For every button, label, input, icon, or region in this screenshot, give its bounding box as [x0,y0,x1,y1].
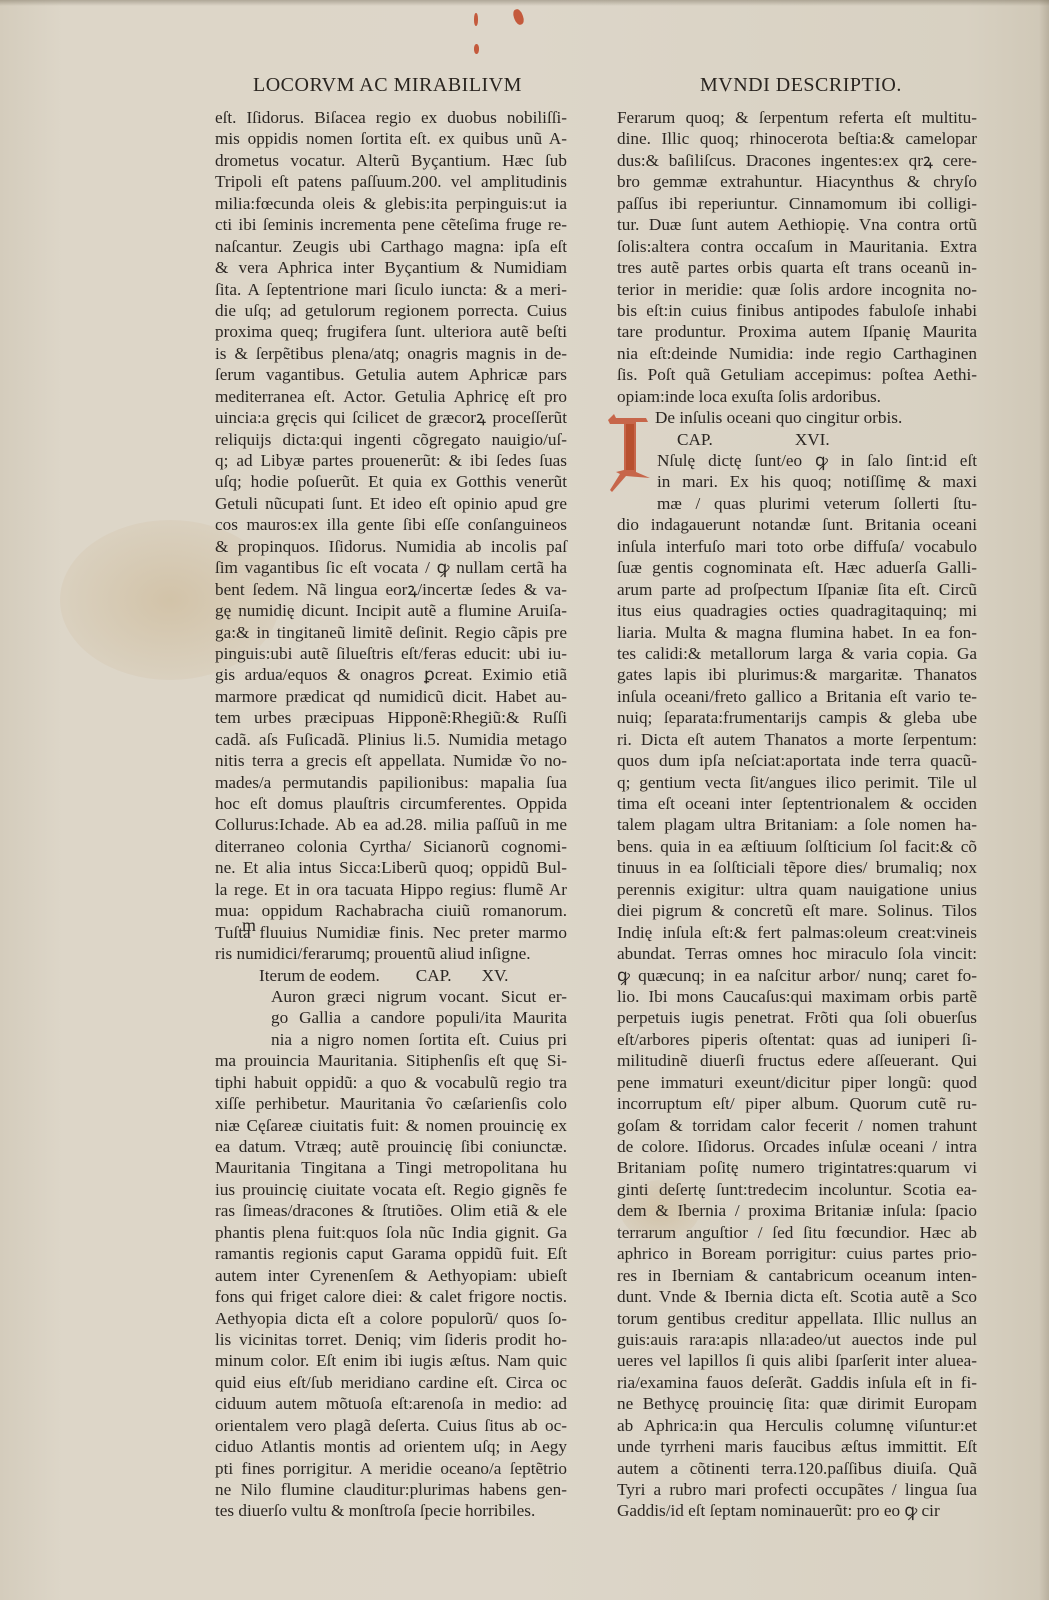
text-line: tres autẽ partes orbis quarta eſt trans … [617,257,977,278]
text-line: itus eius quadragies octies quadragitaqu… [617,600,977,621]
text-line: ri. Dicta eſt autem Thanatos a morte ſer… [617,729,977,750]
text-line: go Gallia a candore populi/ita Maurita [215,1007,567,1028]
text-line: orientalem vero plagã deſerta. Cuius ſit… [215,1415,567,1436]
text-line: ſis. Poſt quã Getuliam accepimus: poſtea… [617,364,977,385]
text-line: pinguis:ubi autẽ ſilueſtris eſt/feras ed… [215,643,567,664]
text-line: pene immaturi exeunt/dicitur piper longũ… [617,1072,977,1093]
running-head-right: MVNDI DESCRIPTIO. [700,74,902,97]
text-line: bens. quia in ea æſtiuum ſolſticium ſol … [617,836,977,857]
text-line: perennis exigitur: ultra quam nauigation… [617,879,977,900]
text-line: uſq; hodie poſuerũt. Et quia ex Gotthis … [215,471,567,492]
chapter-heading: Iterum de eodem.CAP.XV. [215,965,567,986]
text-line: die uſq; ad getulorum regionem porrecta.… [215,300,567,321]
text-line: liaria. Multa & magna flumina habet. In … [617,622,977,643]
text-line: eſt. Iſidorus. Biſacea regio ex duobus n… [215,107,567,128]
text-line: ab Aphrica:in qua Herculis columnę viſun… [617,1415,977,1436]
chapter-title: De inſulis oceani quo cingitur orbis. [655,408,902,427]
text-line: tes calidi:& metallorum larga & varia co… [617,643,977,664]
text-line: bro gemmæ extrahuntur. Hiacynthus & chry… [617,171,977,192]
text-line: Nſulę dictę ſunt/eo ꝙ in ſalo ſint:id eſ… [617,450,977,471]
text-line: arum parte ad proſpectum Iſpaniæ ſita eſ… [617,579,977,600]
text-line: ſuæ gentis cognominata eſt. Hæc aduerſa … [617,557,977,578]
text-line: mis oppidis nomen ſortita eſt. ex quibus… [215,128,567,149]
text-line: ria/examina fauos deſerãt. Gaddis inſula… [617,1372,977,1393]
text-line: drometus vocatur. Alterũ Byçantium. Hæc … [215,150,567,171]
text-line: tiphi habuit oppidũ: a quo & vocabulũ re… [215,1072,567,1093]
text-line: phantis plena fuit:quos ſola nũc India g… [215,1222,567,1243]
text-line: dem & Ibernia / proxima Britaniæ inſula:… [617,1200,977,1221]
text-line: paſſus ibi reperiuntur. Cinnamomum ibi c… [617,193,977,214]
page-top-edge [0,0,1049,6]
text-line: is & ſerpẽtibus plena/atq; onagris magni… [215,343,567,364]
text-line: ma prouincia Mauritania. Sitiphenſis eſt… [215,1050,567,1071]
text-line: unde tyrrheni maris faucibus æſtus immit… [617,1436,977,1457]
text-line: pti fines porrigitur. A meridie oceano/a… [215,1458,567,1479]
text-line: dine. Illic quoq; rhinocerota beſtia:& c… [617,128,977,149]
text-line: nitis terra a grecis eſt appellata. Numi… [215,750,567,771]
text-line: inſula interfuſo mari toto orbe diffuſa/… [617,536,977,557]
text-line: marmore prædicat qd numidicũ dicit. Habe… [215,686,567,707]
text-line: mediterranea eſt. Actor. Getulia Aphricę… [215,386,567,407]
text-line: Collurus:Ichade. Ab ea ad.28. milia paſſ… [215,814,567,835]
text-line: ueres vel lapillos ſi quis alibi ſparſer… [617,1350,977,1371]
page-right-edge [1039,0,1049,1600]
text-line: quos dum ipſa neſciat:aportata inde terr… [617,750,977,771]
text-line: guis:auis rara:apis nlla:adeo/ut auectos… [617,1329,977,1350]
text-line: dus:& baſiliſcus. Dracones ingentes:ex q… [617,150,977,171]
text-line: nia eſt:deinde Numidia: inde regio Carth… [617,343,977,364]
text-line: ne Nilo flumine clauditur:plurimas haben… [215,1479,567,1500]
text-line: mua: oppidum Rachabracha ciuiũ romanorum… [215,900,567,921]
text-line: incorruptum eſt/ piper album. Quorum cut… [617,1093,977,1114]
text-line: q; gentium vecta ſit/angues ilico perimi… [617,772,977,793]
text-line: naſcantur. Zeugis ubi Carthago magna: ip… [215,236,567,257]
text-line: Indię inſula eſt:& fert palmas:oleum cre… [617,922,977,943]
running-head-left: LOCORVM AC MIRABILIVM [253,74,522,97]
text-line: diei pigrum & concretũ eſt mare. Solinus… [617,900,977,921]
text-line: tes diuerſo vultu & monſtroſa ſpecie hor… [215,1500,567,1521]
text-line: mæ / quas plurimi veterum ſollerti ſtu- [617,493,977,514]
text-line: reliquijs dicta:qui ingenti cõgregato na… [215,429,567,450]
text-line: bis eſt:in cuius finibus antipodes fabul… [617,300,977,321]
text-line: dio indagauerunt notandæ ſunt. Britania … [617,514,977,535]
chapter-cap-label: CAP. [416,966,452,985]
text-line: Ferarum quoq; & ſerpentum referta eſt mu… [617,107,977,128]
text-line: ſita. A ſeptentrione mari ſiculo iuncta:… [215,279,567,300]
text-line: ris numidici/ferarumq; prouentũ aliud in… [215,943,567,964]
text-line: la rege. Et in ora tacuata Hippo regius:… [215,879,567,900]
text-line: tem urbes præcipuas Hipponẽ:Rhegiũ:& Ruſ… [215,707,567,728]
text-line: ginti deſertę ſunt:tredecim incoluntur. … [617,1179,977,1200]
chapter-title: Iterum de eodem. [259,966,380,985]
rubricated-initial-i-icon [606,412,652,496]
text-line: tare produntur. Proxima autem Iſpanię Ma… [617,321,977,342]
text-line: res in Iberniam & cantabricum oceanum in… [617,1265,977,1286]
text-line: xiſſe perhibetur. Mauritania ṽo cæſarien… [215,1093,567,1114]
text-line: ſerum vagantibus. Getulia autem Aphricæ … [215,364,567,385]
text-line: nuiq; ſeparata:frumentarijs campis & gle… [617,707,977,728]
text-line: tinuus in ea ſolſticiali tẽpore dies/ br… [617,857,977,878]
text-line: diterraneo colonia Cyrtha/ Sicianorũ cog… [215,836,567,857]
text-line: ciduum autem mõtuoſa eſt:arenoſa in medi… [215,1393,567,1414]
text-line: dunt. Vnde & Ibernia dicta eſt. Scotia a… [617,1286,977,1307]
text-line: cadã. aſs Fuſicadã. Plinius li.5. Numidi… [215,729,567,750]
text-line: lis vicinitas torret. Deniq; vim ſideris… [215,1329,567,1350]
text-line: aphrico in Boream porrigitur: cuius part… [617,1243,977,1264]
text-line: perpetuis iugis penetrat. Frõti qua ſoli… [617,1007,977,1028]
book-page: LOCORVM AC MIRABILIVM MVNDI DESCRIPTIO. … [0,0,1049,1600]
text-line: opiam:inde loca exuſta ſolis ardoribus. [617,386,977,407]
chapter-number: XV. [482,966,509,985]
red-ink-mark [512,8,526,26]
chapter-heading: De inſulis oceani quo cingitur orbis. [617,407,977,428]
red-ink-mark [474,13,478,26]
text-line: eſt/arbores piperis oſtentat: quas ad iu… [617,1029,977,1050]
text-line: Tyri a rubro mari profecti occupãtes / l… [617,1479,977,1500]
text-line: & vera Aphrica inter Byçantium & Numidia… [215,257,567,278]
red-ink-mark [474,44,479,54]
text-line: de colore. Iſidorus. Orcades inſulæ ocea… [617,1136,977,1157]
text-line: hoc eſt domus plauſtris circumferentes. … [215,793,567,814]
text-line: terrarum anguſtior / ſed ſitu fœcundior.… [617,1222,977,1243]
text-line: bent ſedem. Nã lingua eorꝝ/incertæ ſedes… [215,579,567,600]
text-line: uincia:a gręcis qui ſcilicet de græcorꝝ … [215,407,567,428]
guide-letter: m [242,915,256,936]
text-line: ea datum. Vtræq; autẽ prouincię ſibi con… [215,1136,567,1157]
text-line: Mauritania Tingitana a Tingi metropolita… [215,1157,567,1178]
text-line: ne Bethycę prouincię ſita: quæ dirimit E… [617,1393,977,1414]
text-line: Gaddis/id eſt ſeptam nominauerũt: pro eo… [617,1500,977,1521]
text-line: ras ſimeas/dracones & ſtrutiões. Olim et… [215,1200,567,1221]
chapter-cap-label: CAP. [677,430,713,449]
text-line: Tripoli eſt patens paſſuum.200. vel ampl… [215,171,567,192]
text-line: milia:fœcunda oleis & glebis:ita perping… [215,193,567,214]
text-line: ſolis:altera contra occaſum in Mauritani… [617,236,977,257]
text-line: goſam & torridam calor fecerit / nomen t… [617,1115,977,1136]
text-line: ramantis regionis caput Garama oppidũ fu… [215,1243,567,1264]
text-line: minum color. Eſt enim ibi iugis æſtus. N… [215,1350,567,1371]
text-line: talem plagam ultra Britaniam: a ſole nom… [617,814,977,835]
text-line: ciduo Atlantis montis ad orientem uſq; i… [215,1436,567,1457]
text-line: abundat. Terras omnes hoc miraculo ſola … [617,943,977,964]
text-line: mades/a permutandis papilionibus: mapali… [215,772,567,793]
text-line: niæ Cęſareæ ciuitatis fuit: & nomen prou… [215,1115,567,1136]
text-line: ſim vagantibus ſic eſt vocata / ꝙ nullam… [215,557,567,578]
text-line: Getuli nũcupati ſunt. Et ideo eſt opinio… [215,493,567,514]
text-line: militudinẽ diuerſi fructus edere aſſeuer… [617,1050,977,1071]
text-line: ꝙ quæcunq; in ea naſcitur arbor/ nunq; c… [617,965,977,986]
text-line: tima eſt oceani inter ſeptentrionalem & … [617,793,977,814]
text-line: gę numidię dicunt. Incipit autẽ a flumin… [215,600,567,621]
text-line: torum gentibus creditur appellata. Illic… [617,1308,977,1329]
text-line: Auron græci nigrum vocant. Sicut er- [215,986,567,1007]
text-line: Britaniam poſitę numero trigintatres:qua… [617,1157,977,1178]
text-line: inſula oceani/freto gallico a Britania e… [617,686,977,707]
text-line: gates lapis ibi plurimus:& margaritæ. Th… [617,664,977,685]
text-line: nia a nigro nomen ſortita eſt. Cuius pri [215,1029,567,1050]
text-line: tur. Duæ ſunt autem Aethiopię. Vna contr… [617,214,977,235]
text-line: q; ad Libyæ partes prouenerũt: & ibi ſed… [215,450,567,471]
text-line: lio. Ibi mons Caucaſus:qui maximam orbis… [617,986,977,1007]
text-line: ga:& in tingitaneũ limitẽ deſinit. Regio… [215,622,567,643]
text-line: cti ibi ſeminis incrementa pene cẽteſima… [215,214,567,235]
text-line: quid eius eſt/ſub meridiano cardine eſt.… [215,1372,567,1393]
text-line: autem inter Cyrenenſem & Aethyopiam: ubi… [215,1265,567,1286]
text-line: ius prouincię ciuitate vocata eſt. Regio… [215,1179,567,1200]
text-line: cos mauros:ex illa gente ſibi eſſe conſa… [215,514,567,535]
text-line: terior in meridie: quæ ſolis ardore inco… [617,279,977,300]
text-line: in mari. Ex his quoq; notiſſimę & maxi [617,471,977,492]
text-line: ne. Et alia intus Sicca:Liberũ quoq; opp… [215,857,567,878]
text-line: proxima queq; frugifera ſunt. ulteriora … [215,321,567,342]
text-line: fons qui friget calore diei: & calet fri… [215,1286,567,1307]
right-column: Ferarum quoq; & ſerpentum referta eſt mu… [617,107,977,1522]
text-line: Aethyopia dicta eſt a colore populorũ/ q… [215,1308,567,1329]
text-line: Tuſta fluuius Numidiæ finis. Nec preter … [215,922,567,943]
left-column: eſt. Iſidorus. Biſacea regio ex duobus n… [215,107,567,1522]
text-line: autem a cõtinenti terra.120.paſſibus diu… [617,1458,977,1479]
chapter-heading-cap: CAP.XVI. [617,429,977,450]
chapter-number: XVI. [795,430,830,449]
text-line: & propinquos. Iſidorus. Numidia ab incol… [215,536,567,557]
text-line: gis ardua/equos & onagros ꝑcreat. Eximio… [215,664,567,685]
